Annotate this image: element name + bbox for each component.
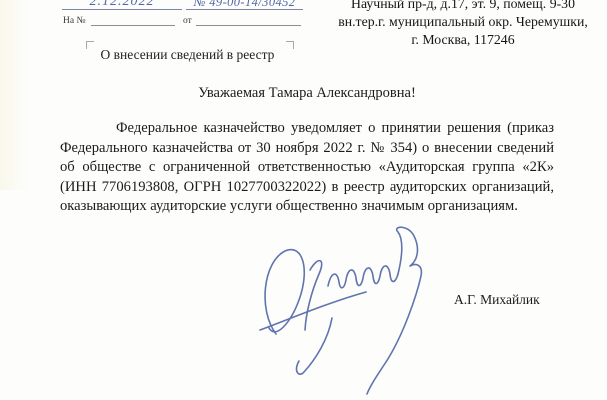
scanned-letter-page: 2.12.2022 № 49-00-14/30452 На № от О вне…: [0, 0, 607, 400]
signature-stroke: [328, 266, 398, 288]
signature-stroke: [260, 292, 366, 330]
scan-edge-tint: [0, 0, 34, 190]
letter-body-paragraph: Федеральное казначейство уведомляет о пр…: [60, 119, 554, 217]
letter-date-handwritten: 2.12.2022: [62, 0, 182, 10]
signatory-name: А.Г. Михайлик: [454, 292, 540, 308]
address-line: вн.тер.г. муниципальный окр. Черемушки,: [322, 13, 604, 31]
signature-stroke: [296, 318, 332, 374]
reply-number-blank: [91, 15, 175, 26]
signature-stroke: [305, 261, 322, 330]
signature-stroke: [367, 227, 421, 394]
letter-subject: О внесении сведений в реестр: [75, 47, 300, 63]
letter-number-handwritten: № 49-00-14/30452: [186, 0, 303, 10]
reply-reference-row: На № от: [0, 16, 310, 28]
salutation: Уважаемая Тамара Александровна!: [60, 85, 554, 102]
reply-date-blank: [196, 15, 301, 26]
reply-date-label: от: [183, 16, 192, 26]
address-line: Научный пр-д, д.17, эт. 9, помещ. 9-30: [322, 0, 604, 13]
recipient-address-block: Научный пр-д, д.17, эт. 9, помещ. 9-30 в…: [322, 0, 604, 50]
address-line: г. Москва, 117246: [322, 31, 604, 49]
handwritten-signature: [248, 222, 433, 400]
reply-number-label: На №: [63, 16, 86, 26]
